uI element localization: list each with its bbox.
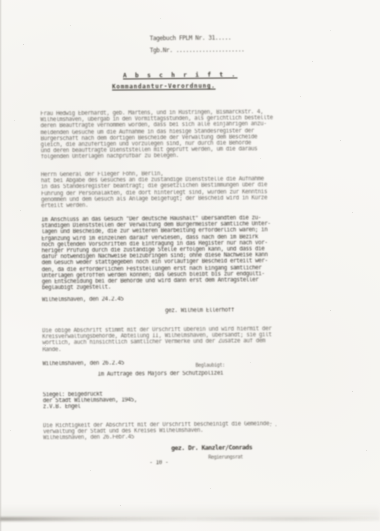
signature-2-title: Regierungsrat — [208, 454, 243, 460]
page-number: - 10 - — [149, 460, 168, 466]
text-line: Rande. — [42, 345, 271, 353]
final-certification-paragraph: Die Richtigkeit der Abschrift mit der Ur… — [43, 421, 272, 442]
signature-2: gez. Dr. Kanzler/Conrads — [171, 444, 252, 452]
paragraph-2: Herrn General der Flieger Föhn, Berlin, … — [41, 170, 267, 209]
auftrag-line: Im Auftrage des Majors der Schutzpolizei — [98, 371, 224, 378]
document-title: A b s c h r i f t . — [123, 71, 238, 79]
header-reference-line2: Tgb.Nr. ..................... — [150, 46, 245, 54]
text-line: Wilhelmshaven, den 26.Febr.45 — [43, 434, 272, 442]
document-subtitle: Kommandantur-Verordnung. — [112, 83, 216, 91]
paragraph-3: Im Anschluss an das Gesuch "Der deutsche… — [41, 215, 271, 291]
scanned-document-page: Tagebuch FPLM Nr. 31..... Tgb.Nr. ......… — [0, 0, 380, 531]
bottom-edge-shadow — [0, 517, 380, 521]
text-line: beglaubigt zugestellt. — [42, 283, 271, 291]
seal-note-block: Siegel: beigedrückt der Stadt Wilhelmsha… — [43, 391, 137, 410]
beglaubigt-label: Beglaubigt: — [195, 363, 224, 369]
margin-marks: . . — [269, 422, 277, 428]
date-line-1: Wilhelmshaven, den 24.2.45 — [42, 296, 124, 303]
certification-paragraph: Die obige Abschrift stimmt mit der Ursch… — [42, 326, 271, 353]
text-line: erteilt werden. — [41, 201, 267, 209]
text-line: z.V.B. Engel — [43, 404, 137, 411]
text-line: folgenden Unterlagen nachprüfbar zu bele… — [41, 153, 273, 161]
header-reference-line1: Tagebuch FPLM Nr. 31..... — [150, 35, 232, 43]
date-line-2: Wilhelmshaven, den 26.2.45 — [42, 360, 124, 367]
paragraph-1: Frau Hedwig Eberhardt, geb. Martens, und… — [40, 109, 273, 161]
bottom-scan-band — [0, 505, 380, 517]
signature-1: gez. Wilhelm Ellerhoff — [165, 307, 234, 314]
document-content: Tagebuch FPLM Nr. 31..... Tgb.Nr. ......… — [0, 0, 380, 531]
